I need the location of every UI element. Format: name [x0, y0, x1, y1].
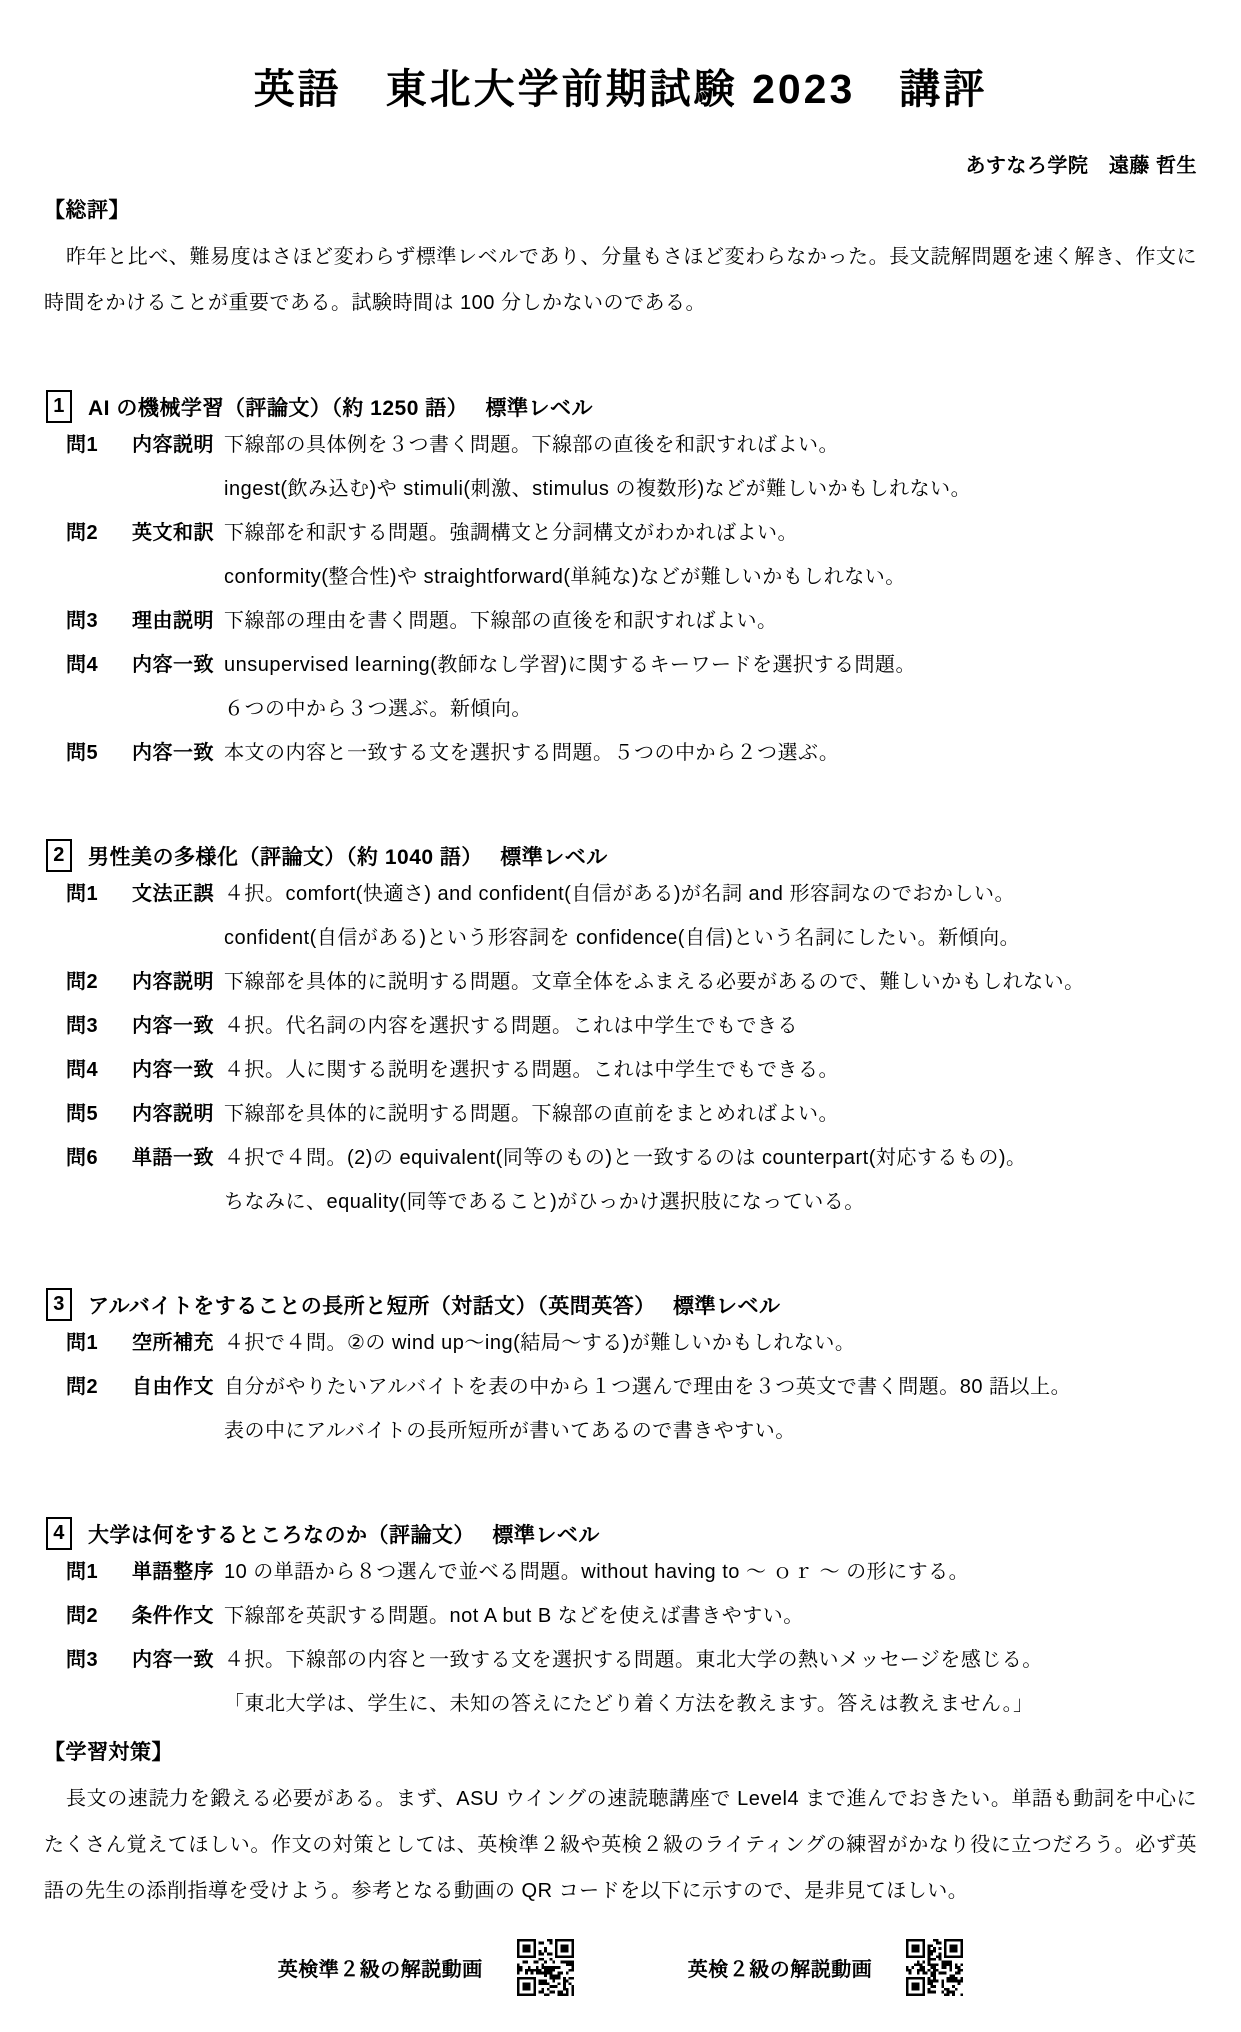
question-description-line: ちなみに、equality(同等であること)がひっかけ選択肢になっている。	[224, 1180, 1197, 1224]
section-block: 1AI の機械学習（評論文）（約 1250 語） 標準レベル問1内容説明下線部の…	[44, 390, 1197, 775]
question-type: 内容説明	[132, 1092, 224, 1136]
document-page: 英語 東北大学前期試験 2023 講評 あすなろ学院 遠藤 哲生 【総評】 昨年…	[0, 0, 1241, 2032]
question-number: 問2	[66, 511, 132, 555]
question-description-line: 10 の単語から８つ選んで並べる問題。without having to ～ ｏ…	[224, 1550, 1197, 1594]
taisaku-heading: 【学習対策】	[44, 1736, 1197, 1766]
question-description-line: ingest(飲み込む)や stimuli(刺激、stimulus の複数形)な…	[224, 467, 1197, 511]
question-description-line: 下線部の理由を書く問題。下線部の直後を和訳すればよい。	[224, 599, 1197, 643]
question-description: 下線部の理由を書く問題。下線部の直後を和訳すればよい。	[224, 599, 1197, 643]
question-type: 内容説明	[132, 960, 224, 1004]
qr-code-icon	[906, 1939, 963, 1996]
section-header: 2男性美の多様化（評論文）（約 1040 語） 標準レベル	[46, 839, 1197, 872]
question-description-line: ４択。下線部の内容と一致する文を選択する問題。東北大学の熱いメッセージを感じる。	[224, 1638, 1197, 1682]
question-type: 内容一致	[132, 1004, 224, 1048]
section-header: 1AI の機械学習（評論文）（約 1250 語） 標準レベル	[46, 390, 1197, 423]
question-description: 自分がやりたいアルバイトを表の中から１つ選んで理由を３つ英文で書く問題。80 語…	[224, 1365, 1197, 1453]
question-description: ４択。下線部の内容と一致する文を選択する問題。東北大学の熱いメッセージを感じる。…	[224, 1638, 1197, 1726]
author-line: あすなろ学院 遠藤 哲生	[44, 149, 1197, 178]
question-row: 問2条件作文下線部を英訳する問題。not A but B などを使えば書きやすい…	[44, 1594, 1197, 1638]
question-description-line: ６つの中から３つ選ぶ。新傾向。	[224, 687, 1197, 731]
question-description: ４択で４問。(2)の equivalent(同等のもの)と一致するのは coun…	[224, 1136, 1197, 1224]
section-title: 大学は何をするところなのか（評論文） 標準レベル	[88, 1519, 600, 1549]
question-description: 10 の単語から８つ選んで並べる問題。without having to ～ ｏ…	[224, 1550, 1197, 1594]
section-number-box: 1	[46, 390, 72, 423]
section-block: 2男性美の多様化（評論文）（約 1040 語） 標準レベル問1文法正誤４択。co…	[44, 839, 1197, 1224]
question-description-line: ４択で４問。(2)の equivalent(同等のもの)と一致するのは coun…	[224, 1136, 1197, 1180]
question-description-line: unsupervised learning(教師なし学習)に関するキーワードを選…	[224, 643, 1197, 687]
question-number: 問1	[66, 872, 132, 916]
question-row: 問1単語整序10 の単語から８つ選んで並べる問題。without having …	[44, 1550, 1197, 1594]
section-title: AI の機械学習（評論文）（約 1250 語） 標準レベル	[88, 392, 593, 422]
question-type: 単語一致	[132, 1136, 224, 1180]
question-type: 内容説明	[132, 423, 224, 467]
question-number: 問5	[66, 731, 132, 775]
section-number-box: 2	[46, 839, 72, 872]
question-description-line: 下線部を具体的に説明する問題。下線部の直前をまとめればよい。	[224, 1092, 1197, 1136]
question-type: 条件作文	[132, 1594, 224, 1638]
section-header: 3アルバイトをすることの長所と短所（対話文）（英問英答） 標準レベル	[46, 1288, 1197, 1321]
question-number: 問2	[66, 1594, 132, 1638]
section-block: 3アルバイトをすることの長所と短所（対話文）（英問英答） 標準レベル問1空所補充…	[44, 1288, 1197, 1453]
question-number: 問3	[66, 1638, 132, 1682]
question-type: 内容一致	[132, 643, 224, 687]
question-number: 問1	[66, 1550, 132, 1594]
question-description: ４択で４問。②の wind up～ing(結局～する)が難しいかもしれない。	[224, 1321, 1197, 1365]
question-number: 問2	[66, 960, 132, 1004]
qr-caption-2: 英検２級の解説動画	[688, 1953, 873, 1982]
section-title: アルバイトをすることの長所と短所（対話文）（英問英答） 標準レベル	[88, 1290, 781, 1320]
question-description-line: confident(自信がある)という形容詞を confidence(自信)とい…	[224, 916, 1197, 960]
question-description-line: ４択。人に関する説明を選択する問題。これは中学生でもできる。	[224, 1048, 1197, 1092]
question-description: 本文の内容と一致する文を選択する問題。５つの中から２つ選ぶ。	[224, 731, 1197, 775]
qr-code-icon	[517, 1939, 574, 1996]
question-number: 問3	[66, 599, 132, 643]
sohyo-heading: 【総評】	[44, 194, 1197, 224]
question-description: ４択。代名詞の内容を選択する問題。これは中学生でもできる	[224, 1004, 1197, 1048]
question-number: 問4	[66, 643, 132, 687]
question-description: ４択。comfort(快適さ) and confident(自信がある)が名詞 …	[224, 872, 1197, 960]
question-description-line: 表の中にアルバイトの長所短所が書いてあるので書きやすい。	[224, 1409, 1197, 1453]
question-description: ４択。人に関する説明を選択する問題。これは中学生でもできる。	[224, 1048, 1197, 1092]
section-header: 4大学は何をするところなのか（評論文） 標準レベル	[46, 1517, 1197, 1550]
question-number: 問5	[66, 1092, 132, 1136]
qr-caption-pre2: 英検準２級の解説動画	[278, 1953, 483, 1982]
question-description: 下線部を和訳する問題。強調構文と分詞構文がわかればよい。conformity(整…	[224, 511, 1197, 599]
question-row: 問4内容一致４択。人に関する説明を選択する問題。これは中学生でもできる。	[44, 1048, 1197, 1092]
qr-row: 英検準２級の解説動画 英検２級の解説動画	[44, 1932, 1197, 2002]
question-description-line: 本文の内容と一致する文を選択する問題。５つの中から２つ選ぶ。	[224, 731, 1197, 775]
question-row: 問1空所補充４択で４問。②の wind up～ing(結局～する)が難しいかもし…	[44, 1321, 1197, 1365]
question-row: 問3内容一致４択。代名詞の内容を選択する問題。これは中学生でもできる	[44, 1004, 1197, 1048]
question-description-line: 「東北大学は、学生に、未知の答えにたどり着く方法を教えます。答えは教えません。」	[224, 1682, 1197, 1726]
question-row: 問6単語一致４択で４問。(2)の equivalent(同等のもの)と一致するの…	[44, 1136, 1197, 1224]
question-row: 問2自由作文自分がやりたいアルバイトを表の中から１つ選んで理由を３つ英文で書く問…	[44, 1365, 1197, 1453]
question-row: 問3理由説明下線部の理由を書く問題。下線部の直後を和訳すればよい。	[44, 599, 1197, 643]
question-row: 問1文法正誤４択。comfort(快適さ) and confident(自信があ…	[44, 872, 1197, 960]
section-title: 男性美の多様化（評論文）（約 1040 語） 標準レベル	[88, 841, 608, 871]
question-row: 問4内容一致unsupervised learning(教師なし学習)に関するキ…	[44, 643, 1197, 731]
question-description-line: 下線部を和訳する問題。強調構文と分詞構文がわかればよい。	[224, 511, 1197, 555]
question-type: 英文和訳	[132, 511, 224, 555]
question-description: unsupervised learning(教師なし学習)に関するキーワードを選…	[224, 643, 1197, 731]
question-row: 問5内容説明下線部を具体的に説明する問題。下線部の直前をまとめればよい。	[44, 1092, 1197, 1136]
question-row: 問3内容一致４択。下線部の内容と一致する文を選択する問題。東北大学の熱いメッセー…	[44, 1638, 1197, 1726]
question-number: 問3	[66, 1004, 132, 1048]
question-number: 問4	[66, 1048, 132, 1092]
section-block: 4大学は何をするところなのか（評論文） 標準レベル問1単語整序10 の単語から８…	[44, 1517, 1197, 1726]
question-description-line: ４択。comfort(快適さ) and confident(自信がある)が名詞 …	[224, 872, 1197, 916]
sections-list: 1AI の機械学習（評論文）（約 1250 語） 標準レベル問1内容説明下線部の…	[44, 390, 1197, 1726]
question-number: 問6	[66, 1136, 132, 1180]
question-description-line: ４択。代名詞の内容を選択する問題。これは中学生でもできる	[224, 1004, 1197, 1048]
question-row: 問1内容説明下線部の具体例を３つ書く問題。下線部の直後を和訳すればよい。inge…	[44, 423, 1197, 511]
question-description-line: ４択で４問。②の wind up～ing(結局～する)が難しいかもしれない。	[224, 1321, 1197, 1365]
question-number: 問1	[66, 423, 132, 467]
question-type: 理由説明	[132, 599, 224, 643]
question-description-line: 下線部を英訳する問題。not A but B などを使えば書きやすい。	[224, 1594, 1197, 1638]
question-description-line: conformity(整合性)や straightforward(単純な)などが…	[224, 555, 1197, 599]
question-description-line: 下線部を具体的に説明する問題。文章全体をふまえる必要があるので、難しいかもしれな…	[224, 960, 1197, 1004]
question-description: 下線部を具体的に説明する問題。下線部の直前をまとめればよい。	[224, 1092, 1197, 1136]
question-row: 問2内容説明下線部を具体的に説明する問題。文章全体をふまえる必要があるので、難し…	[44, 960, 1197, 1004]
sohyo-body: 昨年と比べ、難易度はさほど変わらず標準レベルであり、分量もさほど変わらなかった。…	[44, 234, 1197, 326]
question-number: 問1	[66, 1321, 132, 1365]
question-row: 問5内容一致本文の内容と一致する文を選択する問題。５つの中から２つ選ぶ。	[44, 731, 1197, 775]
question-type: 内容一致	[132, 1048, 224, 1092]
question-type: 空所補充	[132, 1321, 224, 1365]
question-description: 下線部を英訳する問題。not A but B などを使えば書きやすい。	[224, 1594, 1197, 1638]
question-description-line: 下線部の具体例を３つ書く問題。下線部の直後を和訳すればよい。	[224, 423, 1197, 467]
question-type: 自由作文	[132, 1365, 224, 1409]
question-description: 下線部の具体例を３つ書く問題。下線部の直後を和訳すればよい。ingest(飲み込…	[224, 423, 1197, 511]
question-number: 問2	[66, 1365, 132, 1409]
taisaku-body: 長文の速読力を鍛える必要がある。まず、ASU ウイングの速読聴講座で Level…	[44, 1776, 1197, 1914]
question-type: 内容一致	[132, 1638, 224, 1682]
page-title: 英語 東北大学前期試験 2023 講評	[44, 56, 1197, 115]
question-row: 問2英文和訳下線部を和訳する問題。強調構文と分詞構文がわかればよい。confor…	[44, 511, 1197, 599]
question-type: 内容一致	[132, 731, 224, 775]
question-type: 単語整序	[132, 1550, 224, 1594]
question-description-line: 自分がやりたいアルバイトを表の中から１つ選んで理由を３つ英文で書く問題。80 語…	[224, 1365, 1197, 1409]
question-type: 文法正誤	[132, 872, 224, 916]
question-description: 下線部を具体的に説明する問題。文章全体をふまえる必要があるので、難しいかもしれな…	[224, 960, 1197, 1004]
section-number-box: 3	[46, 1288, 72, 1321]
section-number-box: 4	[46, 1517, 72, 1550]
